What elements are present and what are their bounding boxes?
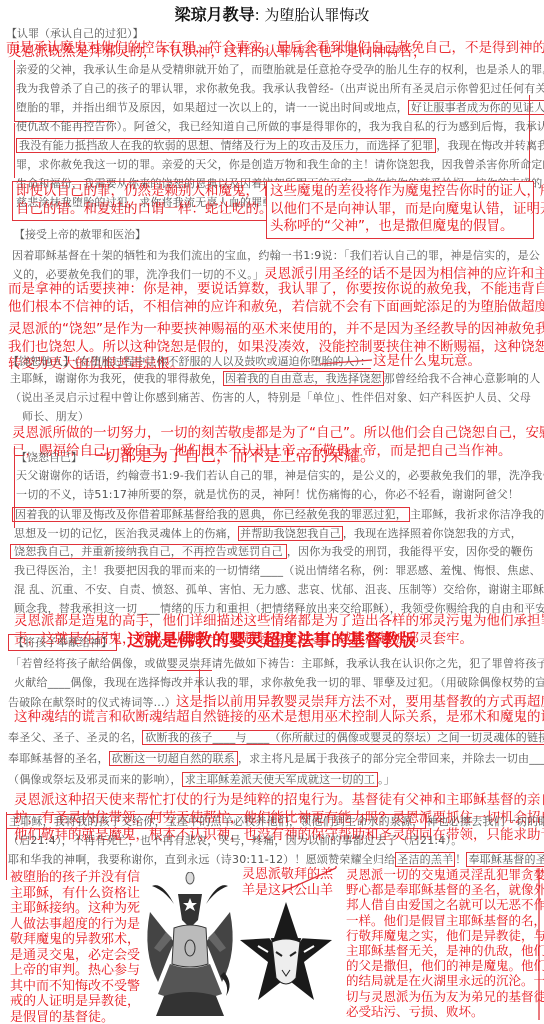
annotation-note-right: 灵恩派一切的交鬼通灵淫乱犯罪贪婪 野心都是奉耶稣基督的圣名，就像外 邦人借自由爱… <box>346 867 544 1019</box>
annotation-note-left: 被堕胎的孩子并没有信 主耶稣，有什么资格让 主耶稣接纳。这种为死 人做法事超度的… <box>10 870 140 1024</box>
baphomet-illustration-icon <box>140 872 240 1022</box>
goat-caption: 灵恩派敬拜的羔 羊是这只公山羊 <box>242 867 333 899</box>
goat-pentagram-image <box>238 900 334 1010</box>
goat-pentagram-illustration-icon <box>238 900 334 1010</box>
baphomet-image <box>140 872 240 1022</box>
